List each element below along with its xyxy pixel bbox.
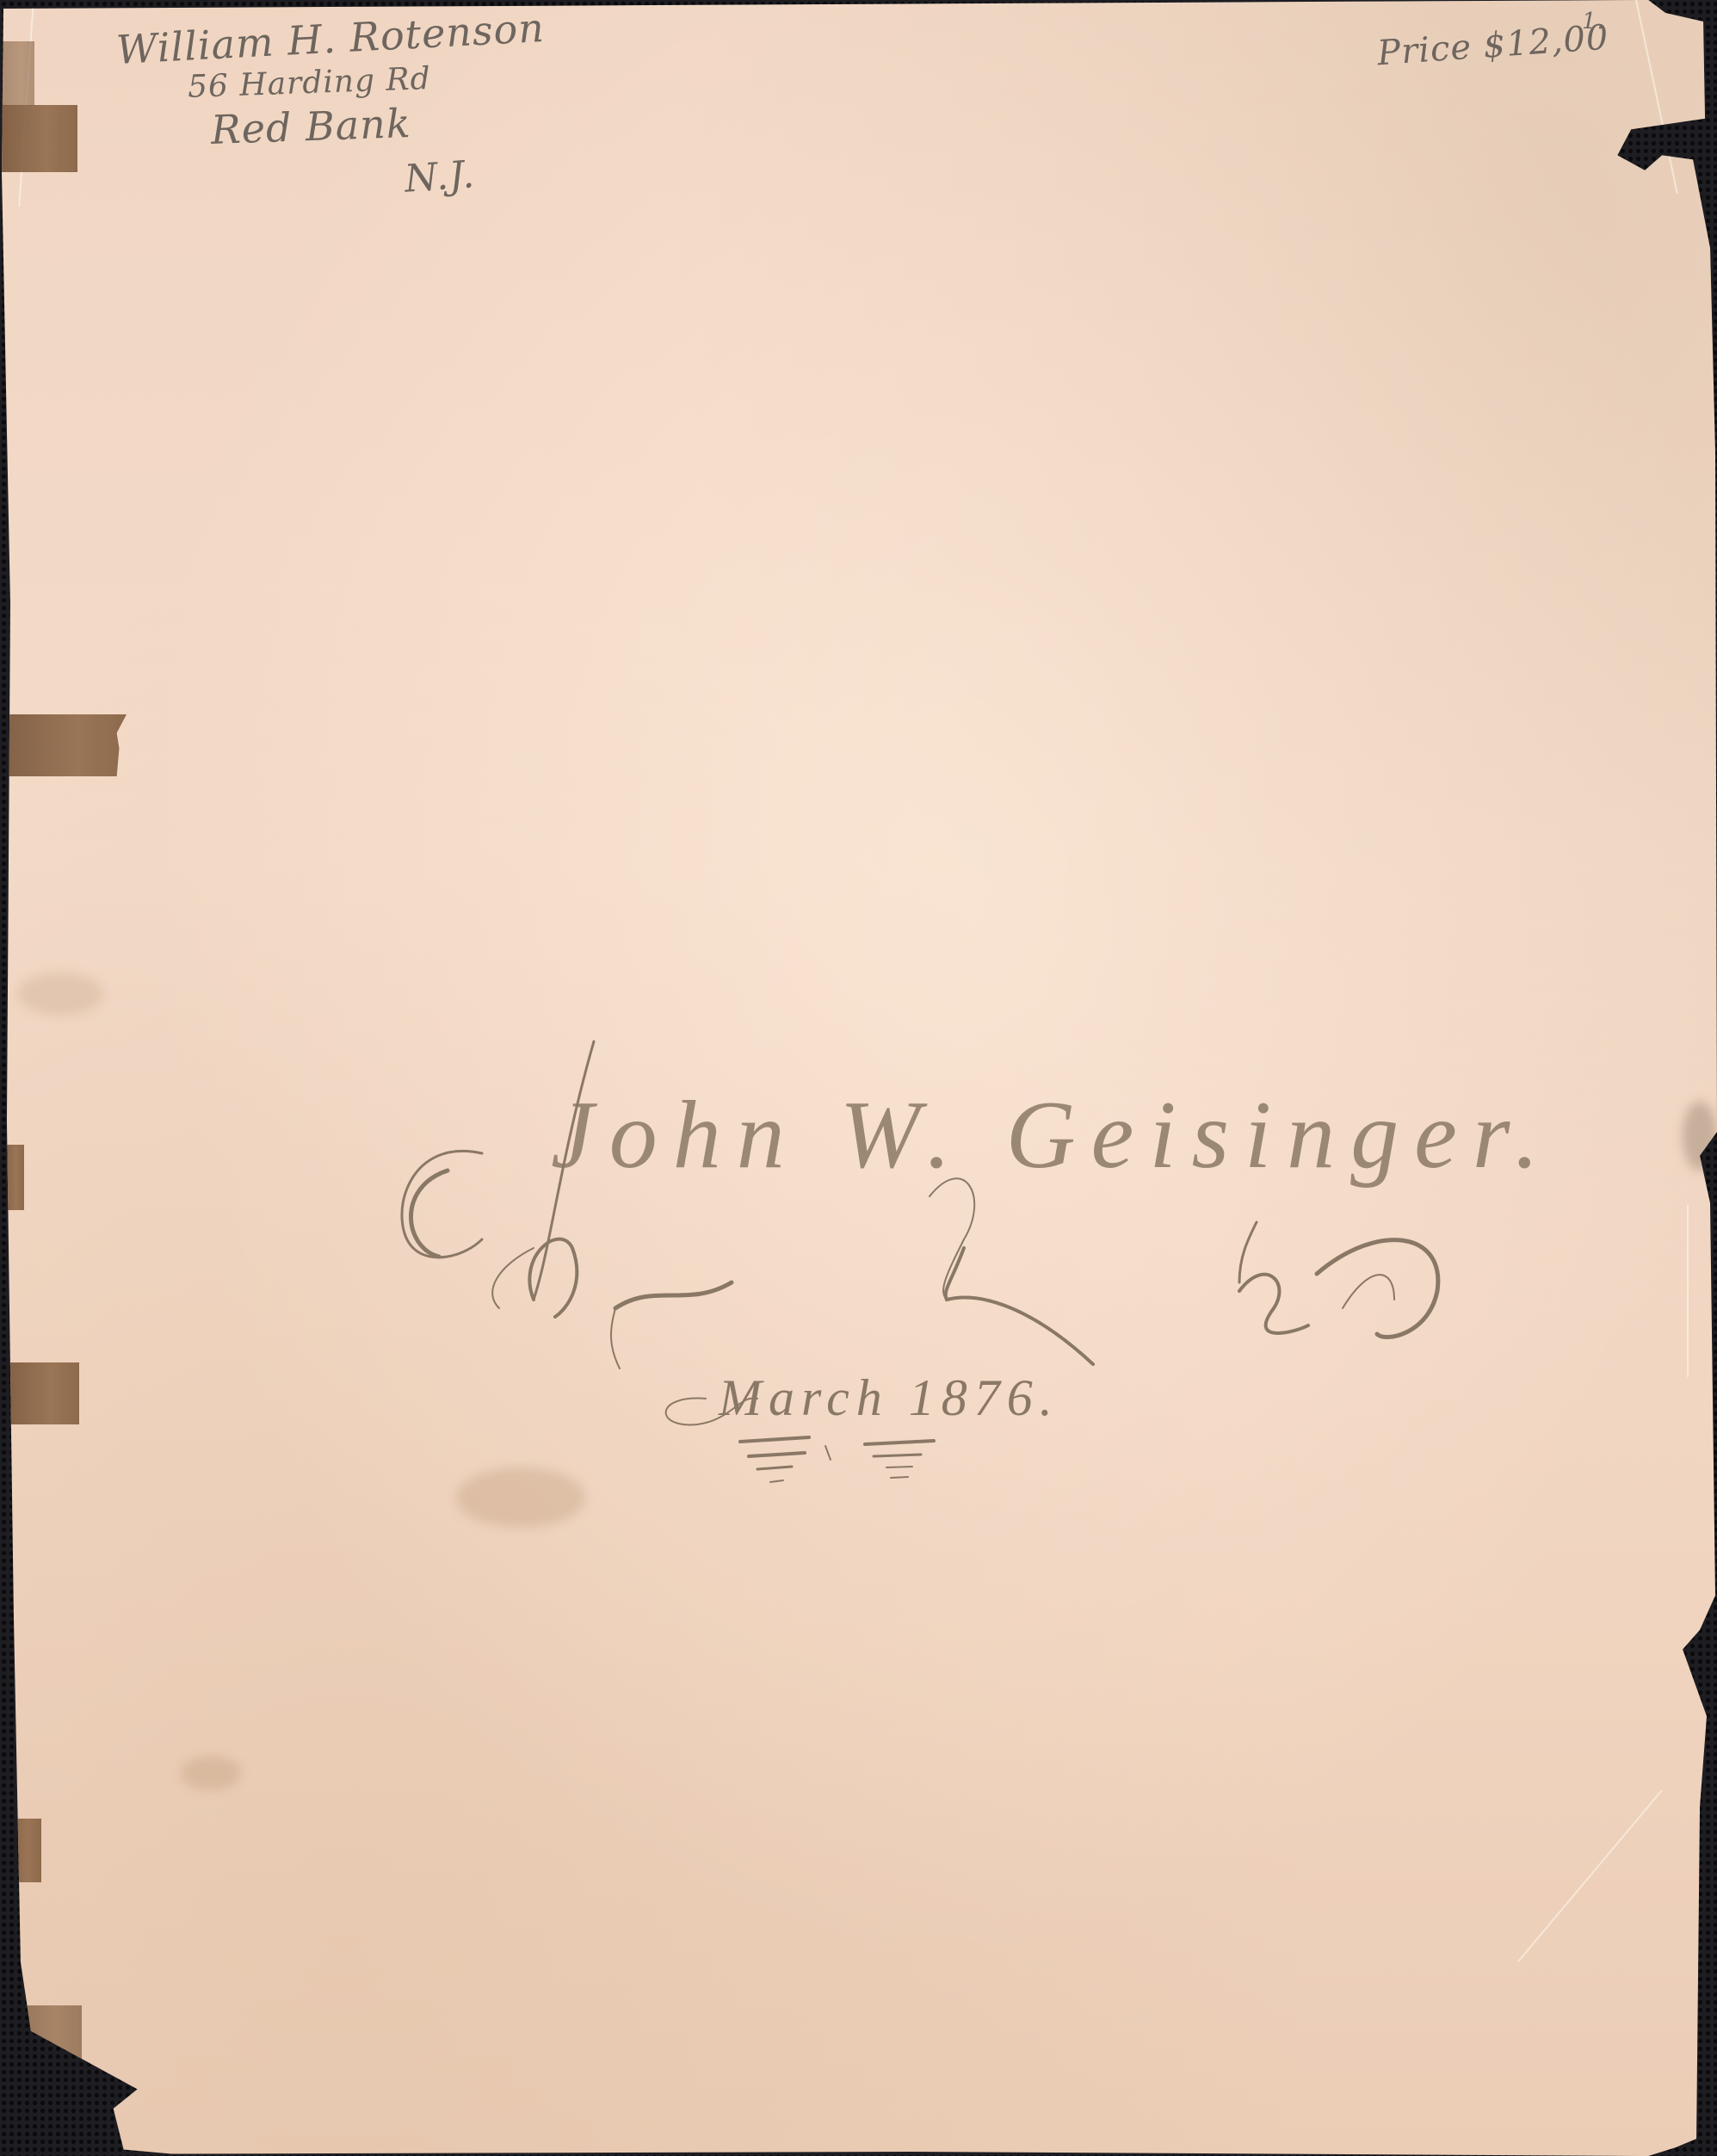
title-date: March 1876. <box>719 1368 1059 1428</box>
document-page: William H. Rotenson 56 Harding Rd Red Ba… <box>0 0 1717 2156</box>
calligraphic-flourish <box>0 0 1717 2156</box>
